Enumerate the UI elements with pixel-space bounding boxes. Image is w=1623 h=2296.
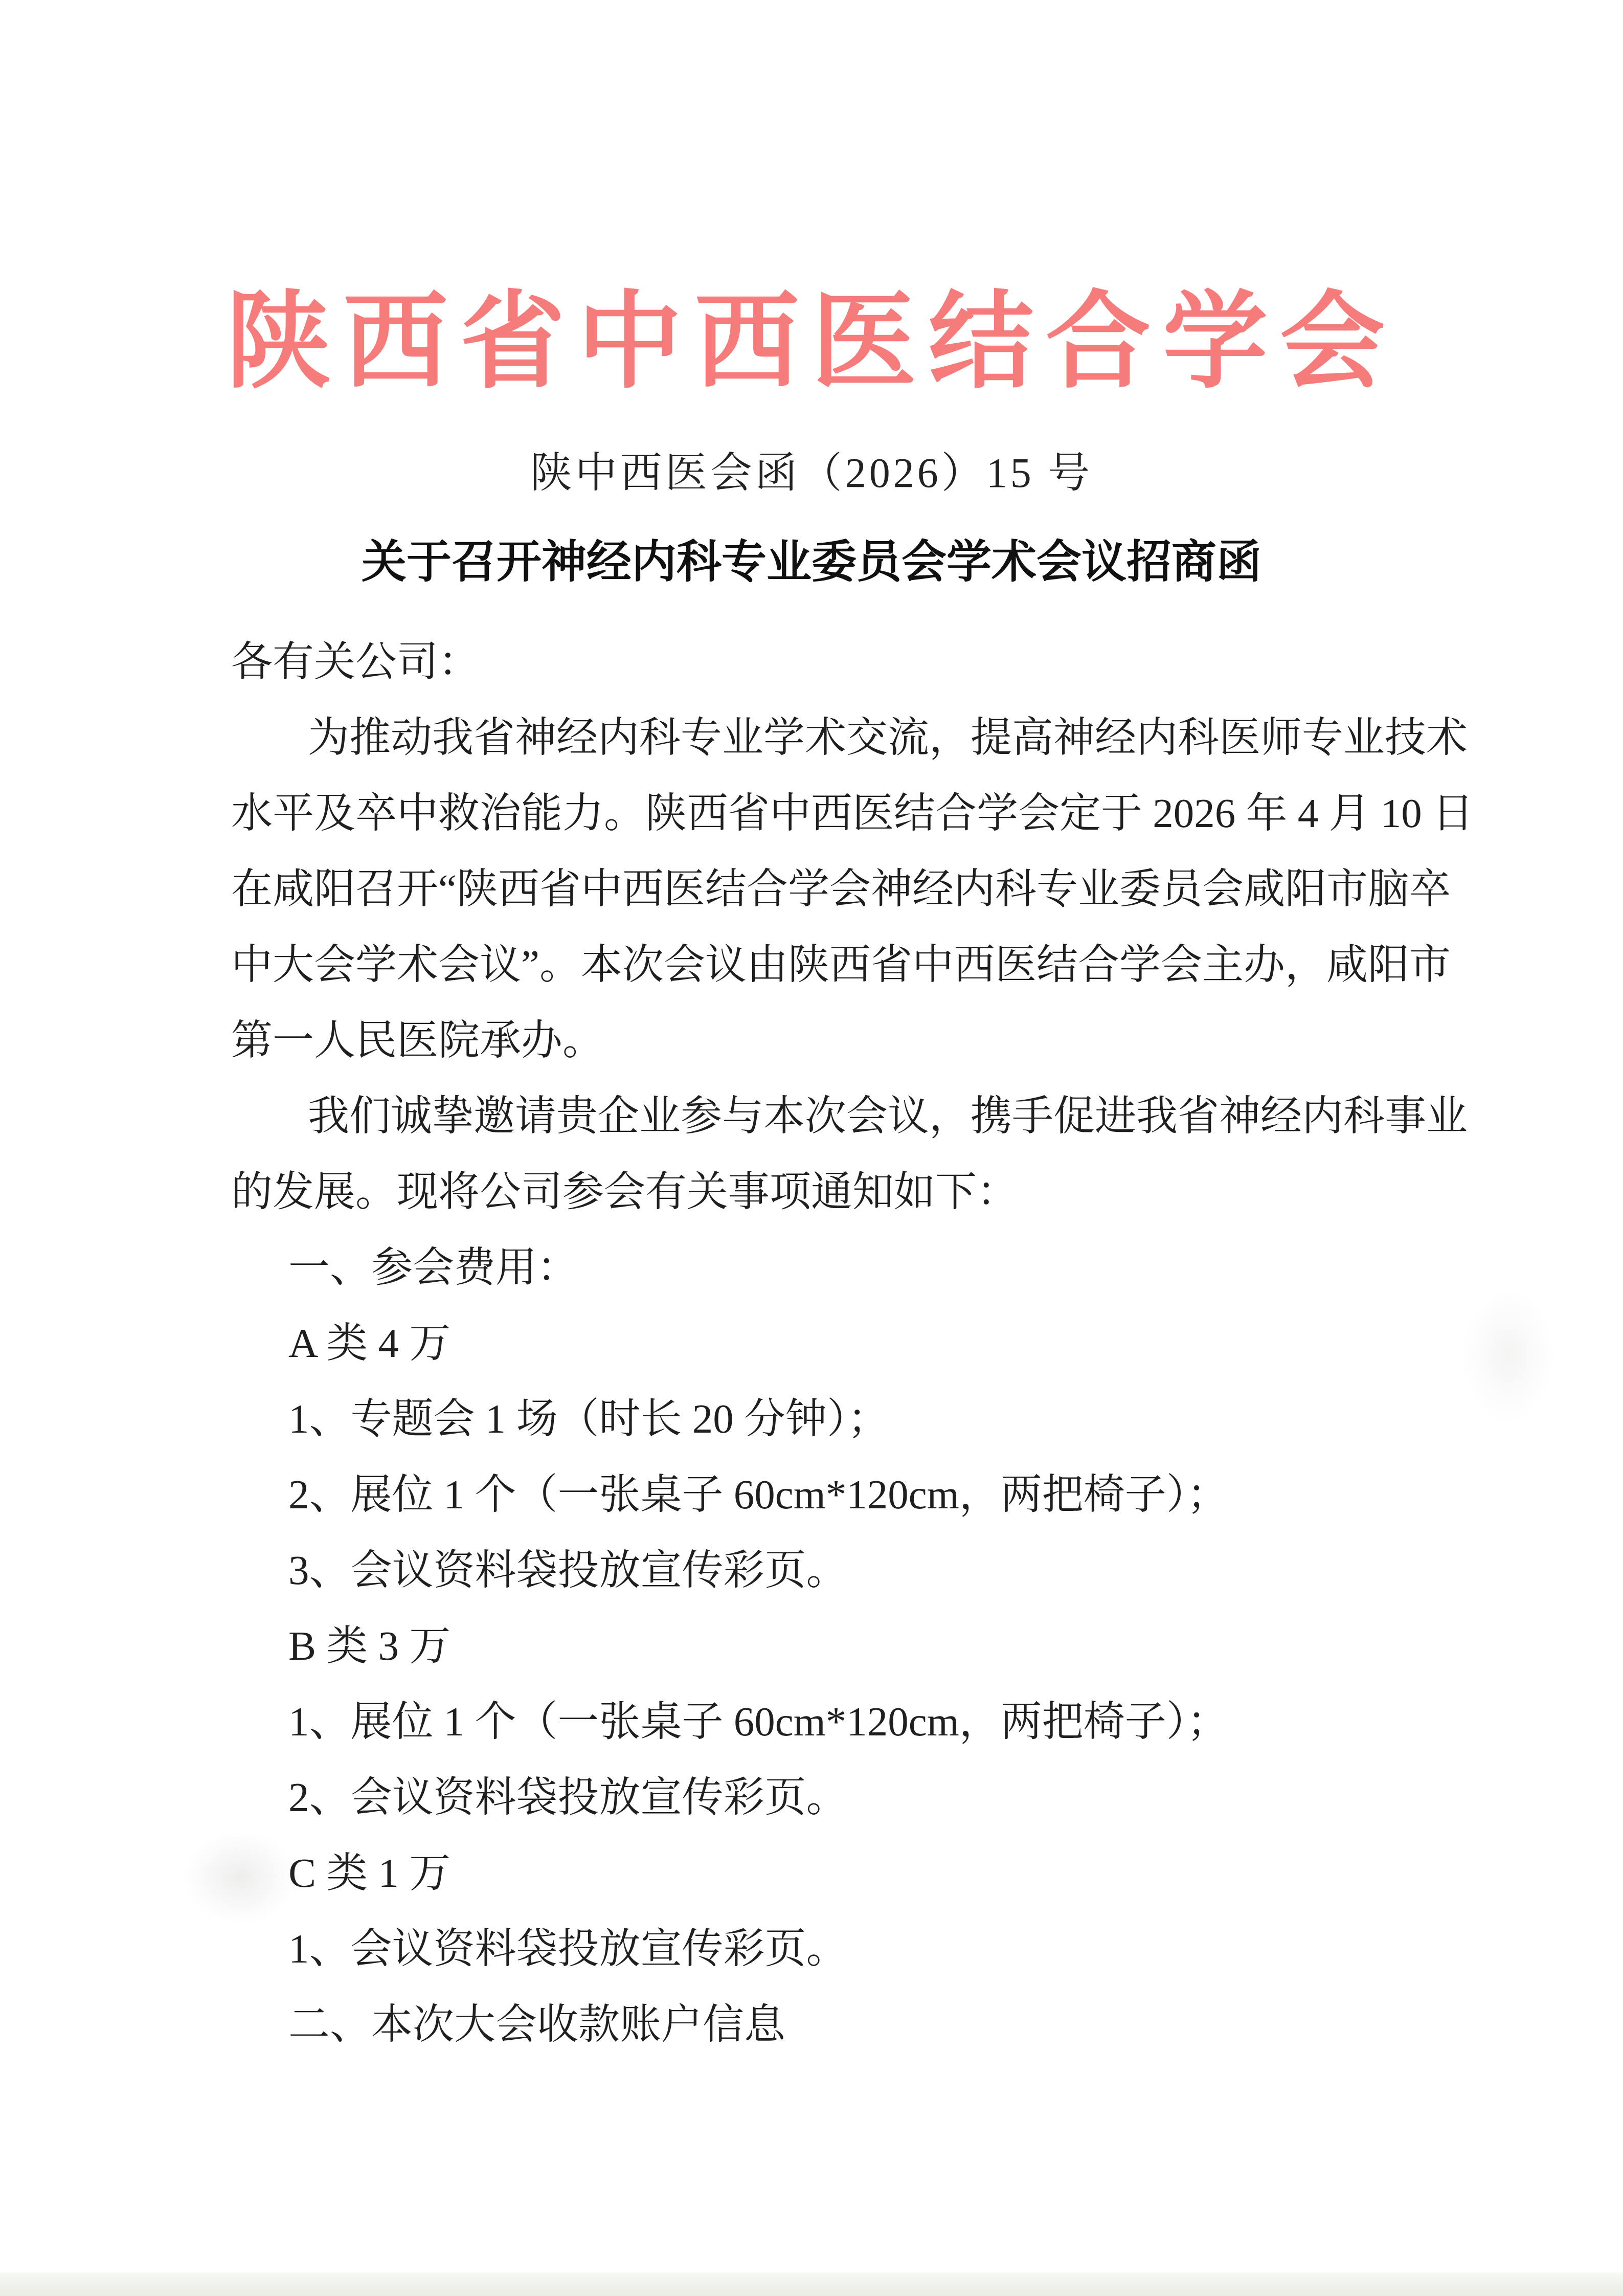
- document-page: 陕西省中西医结合学会 陕中西医会函（2026）15 号 关于召开神经内科专业委员…: [0, 0, 1623, 2296]
- paragraph-line: 的发展。现将公司参会有关事项通知如下：: [231, 1154, 1408, 1230]
- paragraph-line: 中大会学术会议”。本次会议由陕西省中西医结合学会主办，咸阳市: [231, 927, 1408, 1002]
- class-c-item: 1、会议资料袋投放宣传彩页。: [231, 1911, 1408, 1987]
- class-a-title: A 类 4 万: [231, 1305, 1408, 1381]
- org-title: 陕西省中西医结合学会: [0, 256, 1623, 430]
- class-b-item: 2、会议资料袋投放宣传彩页。: [231, 1759, 1408, 1835]
- class-a-item: 1、专题会 1 场（时长 20 分钟）；: [231, 1381, 1408, 1457]
- salutation: 各有关公司：: [231, 624, 1408, 700]
- doc-number: 陕中西医会函（2026）15 号: [0, 445, 1623, 501]
- paragraph-line: 在咸阳召开“陕西省中西医结合学会神经内科专业委员会咸阳市脑卒: [231, 851, 1408, 927]
- class-c-title: C 类 1 万: [231, 1835, 1408, 1911]
- section-heading-fees: 一、参会费用：: [231, 1230, 1408, 1305]
- paragraph-line: 第一人民医院承办。: [231, 1002, 1408, 1078]
- class-b-title: B 类 3 万: [231, 1608, 1408, 1684]
- paragraph-line: 水平及卒中救治能力。陕西省中西医结合学会定于 2026 年 4 月 10 日: [231, 775, 1408, 851]
- class-b-item: 1、展位 1 个（一张桌子 60cm*120cm，两把椅子）；: [231, 1684, 1408, 1759]
- class-a-item: 2、展位 1 个（一张桌子 60cm*120cm，两把椅子）；: [231, 1457, 1408, 1532]
- section-heading-account: 二、本次大会收款账户信息: [231, 1987, 1408, 2062]
- paragraph-line: 我们诚挚邀请贵企业参与本次会议，携手促进我省神经内科事业: [231, 1078, 1408, 1154]
- class-a-item: 3、会议资料袋投放宣传彩页。: [231, 1532, 1408, 1608]
- paragraph-line: 为推动我省神经内科专业学术交流，提高神经内科医师专业技术: [231, 700, 1408, 775]
- subject-heading: 关于召开神经内科专业委员会学术会议招商函: [0, 529, 1623, 596]
- scan-smudge: [1462, 1289, 1554, 1422]
- letter-body: 各有关公司： 为推动我省神经内科专业学术交流，提高神经内科医师专业技术 水平及卒…: [231, 624, 1408, 2062]
- scan-edge-band: [0, 2272, 1623, 2296]
